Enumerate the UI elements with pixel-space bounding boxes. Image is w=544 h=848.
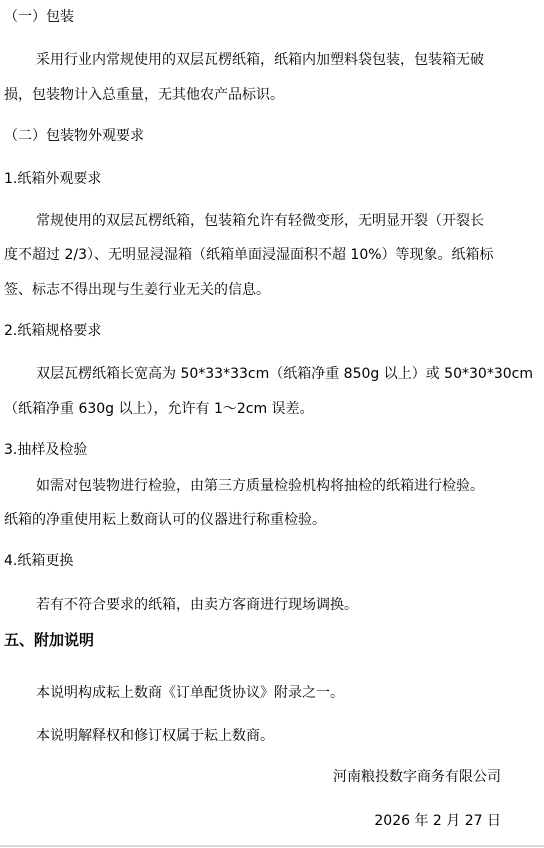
- paragraph-text: 常规使用的双层瓦楞纸箱，包装箱允许有轻微变形，无明显开裂（开裂长: [36, 212, 484, 230]
- paragraph-text: 签、标志不得出现与生姜行业无关的信息。: [4, 281, 270, 299]
- paragraph-text: 损，包装物计入总重量，无其他农产品标识。: [4, 86, 284, 104]
- paragraph-text: 度不超过 2/3）、无明显浸湿箱（纸箱单面浸湿面积不超 10%）等现象。纸箱标: [4, 246, 494, 264]
- paragraph-text: 如需对包装物进行检验，由第三方质量检验机构将抽检的纸箱进行检验。: [36, 477, 484, 495]
- paragraph-text: 采用行业内常规使用的双层瓦楞纸箱，纸箱内加塑料袋包装，包装箱无破: [36, 51, 484, 69]
- item-heading-1: 1.纸箱外观要求: [4, 170, 101, 188]
- paragraph-text: 纸箱的净重使用耘上数商认可的仪器进行称重检验。: [4, 511, 326, 529]
- item-heading-4: 4.纸箱更换: [4, 552, 73, 570]
- item-heading-2: 2.纸箱规格要求: [4, 322, 101, 340]
- paragraph-text: 本说明解释权和修订权属于耘上数商。: [36, 727, 274, 745]
- paragraph-text: 若有不符合要求的纸箱，由卖方客商进行现场调换。: [36, 596, 358, 614]
- paragraph-text: 本说明构成耘上数商《订单配货协议》附录之一。: [36, 684, 344, 702]
- signature-company: 河南粮投数字商务有限公司: [333, 768, 501, 786]
- paragraph-text: （纸箱净重 630g 以上），允许有 1～2cm 误差。: [4, 400, 314, 418]
- section-heading-additional-notes: 五、附加说明: [4, 631, 94, 649]
- signature-date: 2026 年 2 月 27 日: [374, 812, 501, 830]
- section-heading-appearance: （二）包装物外观要求: [4, 127, 144, 145]
- section-heading-packaging: （一）包装: [4, 8, 74, 26]
- item-heading-3: 3.抽样及检验: [4, 441, 87, 459]
- paragraph-text: 双层瓦楞纸箱长宽高为 50*33*33cm（纸箱净重 850g 以上）或 50*…: [36, 365, 533, 383]
- page-bottom-divider: [0, 845, 544, 847]
